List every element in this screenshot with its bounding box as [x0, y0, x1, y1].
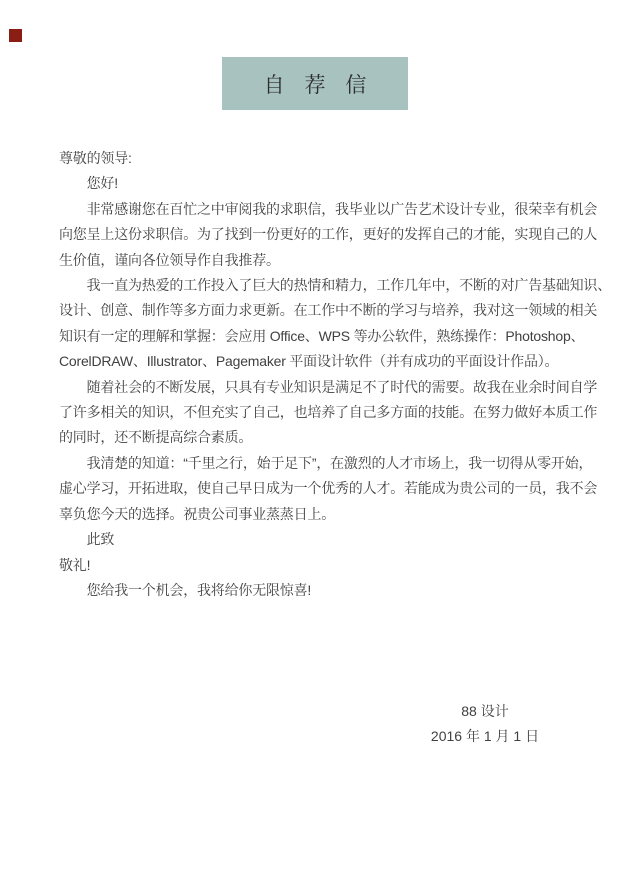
- letter-line: 知识有一定的理解和掌握：会应用 Office、WPS 等办公软件，熟练操作：Ph…: [59, 324, 584, 349]
- letter-line: 生价值，谨向各位领导作自我推荐。: [59, 248, 584, 273]
- letter-line: 虚心学习，开拓进取，使自己早日成为一个优秀的人才。若能成为贵公司的一员，我不会: [59, 476, 584, 501]
- letter-line: 设计、创意、制作等多方面力求更新。在工作中不断的学习与培养，我对这一领域的相关: [59, 298, 584, 323]
- letter-line: 我清楚的知道：“千里之行，始于足下”，在激烈的人才市场上，我一切得从零开始，: [59, 451, 584, 476]
- letter-line: 向您呈上这份求职信。为了找到一份更好的工作，更好的发挥自己的才能，实现自己的人: [59, 222, 584, 247]
- letter-title: 自 荐 信: [257, 69, 374, 99]
- letter-line: 辜负您今天的选择。祝贵公司事业蒸蒸日上。: [59, 502, 584, 527]
- corner-accent-square: [9, 29, 22, 42]
- letter-closing-cizhi-line: 此致: [59, 527, 584, 552]
- letter-line: 非常感谢您在百忙之中审阅我的求职信，我毕业以广告艺术设计专业，很荣幸有机会: [59, 197, 584, 222]
- letter-closing-jingli-line: 敬礼!: [59, 553, 584, 578]
- letter-title-box: 自 荐 信: [222, 57, 408, 110]
- letter-body: 尊敬的领导: 您好! 非常感谢您在百忙之中审阅我的求职信，我毕业以广告艺术设计专…: [59, 146, 584, 603]
- letter-salutation-line: 尊敬的领导:: [59, 146, 584, 171]
- letter-page: 自 荐 信 尊敬的领导: 您好! 非常感谢您在百忙之中审阅我的求职信，我毕业以广…: [0, 0, 630, 891]
- letter-line: 了许多相关的知识，不但充实了自己，也培养了自己多方面的技能。在努力做好本质工作: [59, 400, 584, 425]
- letter-postscript-line: 您给我一个机会，我将给你无限惊喜!: [59, 578, 584, 603]
- letter-line: 的同时，还不断提高综合素质。: [59, 425, 584, 450]
- letter-line: 您好!: [59, 171, 584, 196]
- letter-line: CorelDRAW、Illustrator、Pagemaker 平面设计软件（并…: [59, 349, 584, 374]
- letter-line: 随着社会的不断发展，只具有专业知识是满足不了时代的需要。故我在业余时间自学: [59, 375, 584, 400]
- letter-line: 我一直为热爱的工作投入了巨大的热情和精力，工作几年中，不断的对广告基础知识、: [59, 273, 584, 298]
- signature-name: 88 设计: [340, 699, 630, 724]
- signature-block: 88 设计 2016 年 1 月 1 日: [340, 699, 630, 750]
- signature-date: 2016 年 1 月 1 日: [340, 724, 630, 749]
